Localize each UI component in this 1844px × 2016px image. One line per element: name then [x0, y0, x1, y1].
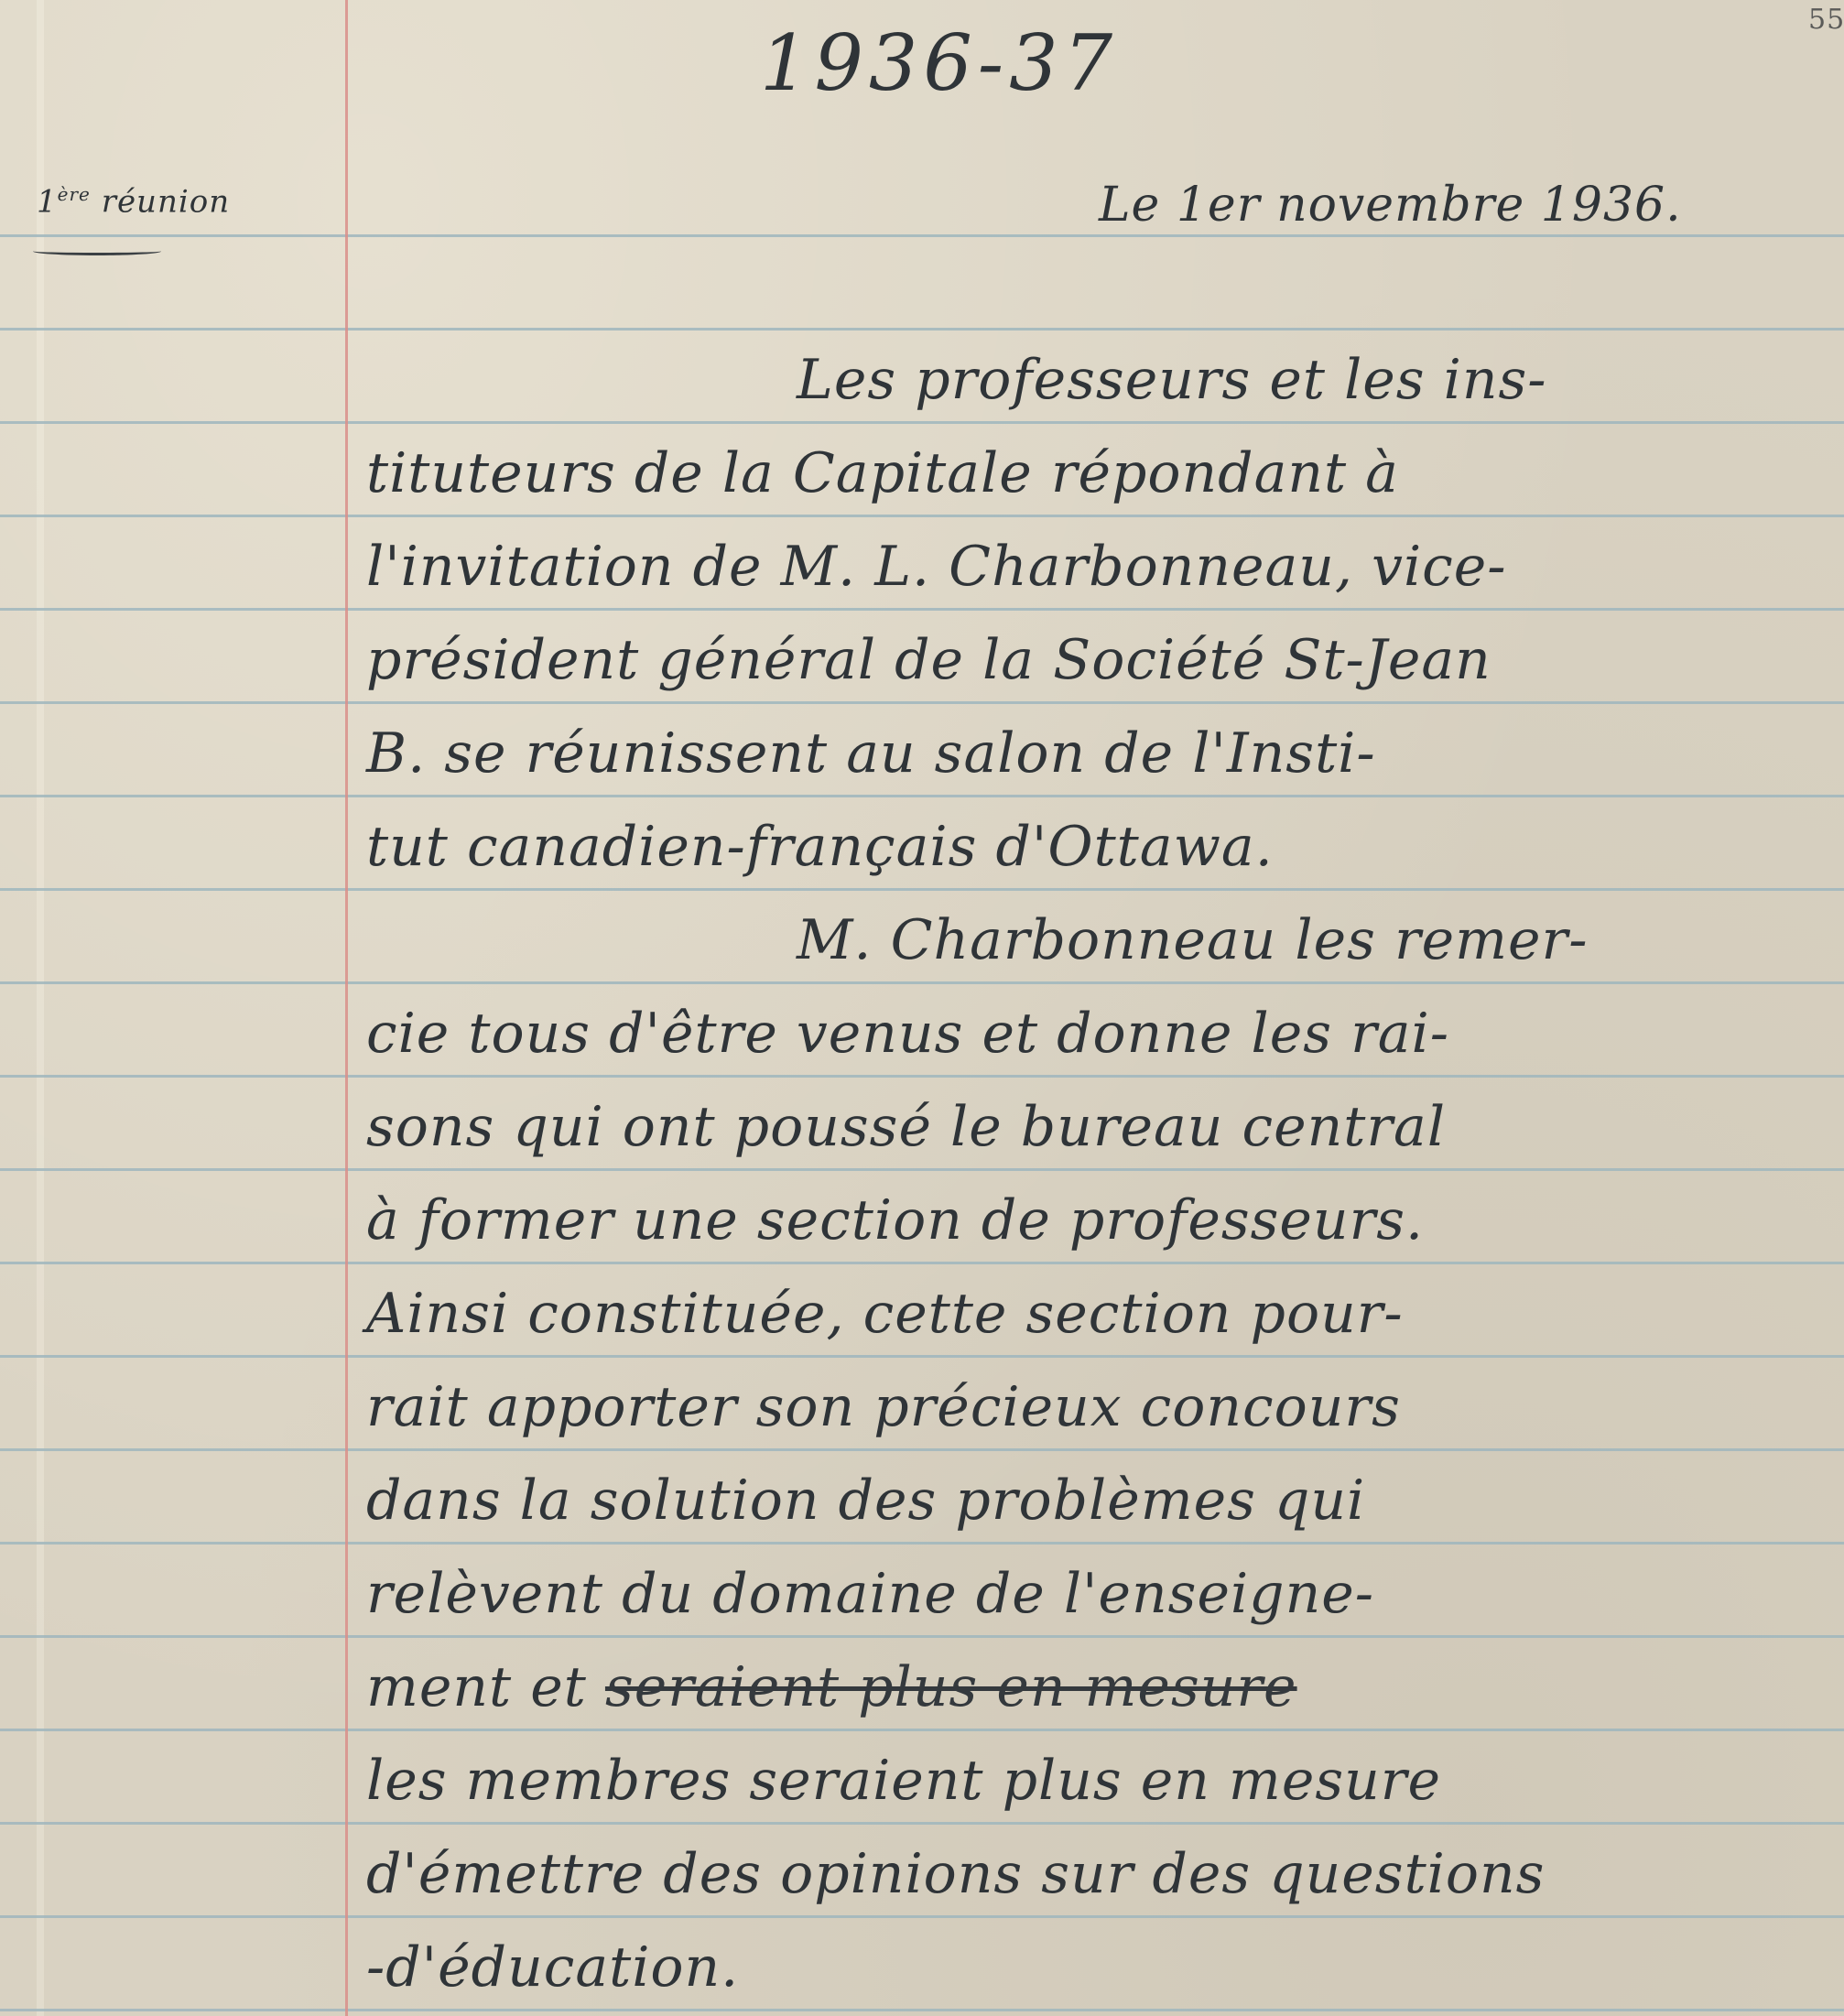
body-line: dans la solution des problèmes qui: [366, 1469, 1365, 1533]
ruled-line: [0, 795, 1844, 797]
ruled-line: [0, 1262, 1844, 1264]
ruled-line: [0, 981, 1844, 984]
body-line: -d'éducation.: [366, 1935, 739, 2000]
body-line-text: ment et: [366, 1655, 587, 1719]
body-line: les membres seraient plus en mesure: [366, 1749, 1441, 1813]
ledger-page: 55 1936-37 1ère réunion Le 1er novembre …: [0, 0, 1844, 2016]
date-line: Le 1er novembre 1936.: [1099, 178, 1682, 233]
ruled-line: [0, 1168, 1844, 1171]
page-number: 55: [1808, 4, 1844, 36]
body-line: M. Charbonneau les remer-: [797, 908, 1589, 972]
ruled-line: [0, 1635, 1844, 1638]
margin-note-label: réunion: [102, 183, 230, 220]
body-line: Les professeurs et les ins-: [797, 348, 1547, 412]
struck-out-text: seraient plus en mesure: [605, 1655, 1297, 1719]
red-margin-line: [345, 0, 348, 2016]
body-line: tituteurs de la Capitale répondant à: [366, 441, 1399, 505]
body-line: relèvent du domaine de l'enseigne-: [366, 1562, 1374, 1626]
body-line: B. se réunissent au salon de l'Insti-: [366, 721, 1376, 786]
body-line: président général de la Société St-Jean: [366, 628, 1491, 692]
body-line: à former une section de professeurs.: [366, 1188, 1424, 1252]
body-line: ment et seraient plus en mesure: [366, 1655, 1297, 1719]
ruled-line: [0, 1915, 1844, 1918]
year-title: 1936-37: [760, 18, 1118, 108]
margin-note-ordinal-suffix: ère: [58, 183, 91, 205]
ruled-line: [0, 515, 1844, 517]
body-line: rait apporter son précieux concours: [366, 1375, 1401, 1439]
ruled-line: [0, 328, 1844, 331]
ruled-line: [0, 2009, 1844, 2011]
margin-note: 1ère réunion: [37, 183, 230, 220]
ruled-line: [0, 1542, 1844, 1545]
ruled-line: [0, 1822, 1844, 1825]
body-line: tut canadien-français d'Ottawa.: [366, 815, 1274, 879]
ruled-line: [0, 234, 1844, 237]
ruled-line: [0, 1355, 1844, 1358]
ruled-line: [0, 1729, 1844, 1731]
body-line: l'invitation de M. L. Charbonneau, vice-: [366, 535, 1507, 599]
body-line: d'émettre des opinions sur des questions: [366, 1842, 1545, 1906]
ruled-line: [0, 1075, 1844, 1078]
margin-note-ordinal: 1: [37, 183, 58, 220]
paper-fold: [37, 0, 44, 2016]
body-line: cie tous d'être venus et donne les rai-: [366, 1002, 1449, 1066]
body-line: Ainsi constituée, cette section pour-: [366, 1282, 1404, 1346]
ruled-line: [0, 701, 1844, 704]
ruled-line: [0, 608, 1844, 611]
ruled-line: [0, 421, 1844, 424]
ruled-line: [0, 888, 1844, 891]
ruled-line: [0, 1448, 1844, 1451]
margin-note-wavy-underline: [33, 247, 161, 255]
body-line: sons qui ont poussé le bureau central: [366, 1095, 1446, 1159]
